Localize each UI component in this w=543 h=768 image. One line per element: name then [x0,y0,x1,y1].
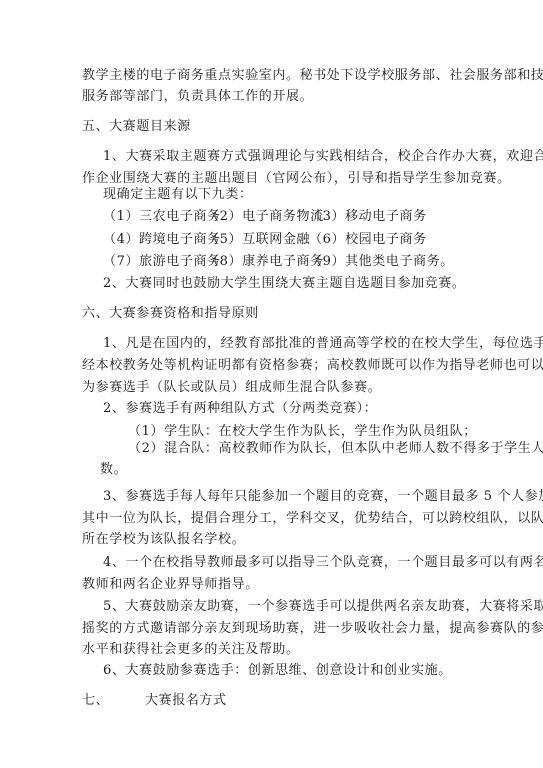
theme-item: （4）跨境电子商务 [103,232,206,248]
theme-item: （5）互联网金融 [206,232,309,248]
themes-row-2: （4）跨境电子商务（5）互联网金融（6）校园电子商务 [103,232,427,248]
section-7-number: 七、 [82,693,145,709]
themes-row-3: （7）旅游电子商务（8）康养电子商务（9）其他类电子商务。 [103,254,454,270]
section-6-p3-line-1: 3、参赛选手每人每年只能参加一个题目的竞赛，一个题目最多 5 个人参加， [103,489,543,505]
section-5-p1-line-2: 作企业围绕大赛的主题出题目（官网公布），引导和指导学生参加竞赛。 [82,171,511,187]
section-6-p1-line-2: 经本校教务处等机构证明都有资格参赛；高校教师既可以作为指导老师也可以作 [82,358,543,374]
section-6-p6: 6、大赛鼓励参赛选手：创新思维、创意设计和创业实施。 [103,663,452,679]
section-6-p5-line-3: 水平和获得社会更多的关注及帮助。 [82,642,300,658]
section-6-heading: 六、大赛参赛资格和指导原则 [82,306,259,322]
section-6-p5-line-2: 摇奖的方式邀请部分亲友到现场助赛，进一步吸收社会力量，提高参赛队的参赛 [82,621,543,637]
intro-line-2: 服务部等部门，负责具体工作的开展。 [82,89,313,105]
theme-item: （6）校园电子商务 [309,232,427,248]
section-6-p2-item-1: （1）学生队：在校大学生作为队长，学生作为队员组队； [128,424,477,440]
theme-item: （3）移动电子商务 [309,209,427,225]
section-6-p2: 2、参赛选手有两种组队方式（分两类竞赛）： [103,401,377,417]
theme-item: （7）旅游电子商务 [103,254,206,270]
section-6-p1-line-1: 1、凡是在国内的，经教育部批准的普通高等学校的在校大学生，每位选手 [103,336,543,352]
section-5-p2: 2、大赛同时也鼓励大学生围绕大赛主题自选题目参加竞赛。 [103,276,465,292]
section-6-p1-line-3: 为参赛选手（队长或队员）组成师生混合队参赛。 [82,380,381,396]
section-7-heading: 七、大赛报名方式 [82,693,227,709]
intro-line-1: 教学主楼的电子商务重点实验室内。秘书处下设学校服务部、社会服务部和技术 [82,68,543,84]
theme-item: （9）其他类电子商务。 [309,254,454,270]
section-6-p2-item-2: （2）混合队：高校教师作为队长，但本队中老师人数不得多于学生人 [128,441,543,457]
section-5-p1-line-1: 1、大赛采取主题赛方式强调理论与实践相结合，校企合作办大赛，欢迎合 [103,149,543,165]
theme-item: （2）电子商务物流 [206,209,309,225]
section-6-p4-line-1: 4、一个在校指导教师最多可以指导三个队竞赛，一个题目最多可以有两名 [103,555,543,571]
theme-item: （8）康养电子商务 [206,254,309,270]
section-6-p3-line-3: 所在学校为该队报名学校。 [82,532,245,548]
theme-item: （1）三农电子商务 [103,209,206,225]
section-6-p2-item-2-cont: 数。 [100,462,127,478]
section-6-p5-line-1: 5、大赛鼓励亲友助赛，一个参赛选手可以提供两名亲友助赛，大赛将采取 [103,599,543,615]
themes-intro: 现确定主题有以下九类： [103,187,253,203]
section-6-p4-line-2: 教师和两名企业界导师指导。 [82,577,259,593]
document-page: 教学主楼的电子商务重点实验室内。秘书处下设学校服务部、社会服务部和技术 服务部等… [0,0,543,768]
themes-row-1: （1）三农电子商务（2）电子商务物流（3）移动电子商务 [103,209,427,225]
section-7-title: 大赛报名方式 [145,693,227,708]
section-6-p3-line-2: 其中一位为队长，提倡合理分工，学科交叉，优势结合，可以跨校组队，以队长 [82,511,543,527]
section-5-heading: 五、大赛题目来源 [82,119,191,135]
